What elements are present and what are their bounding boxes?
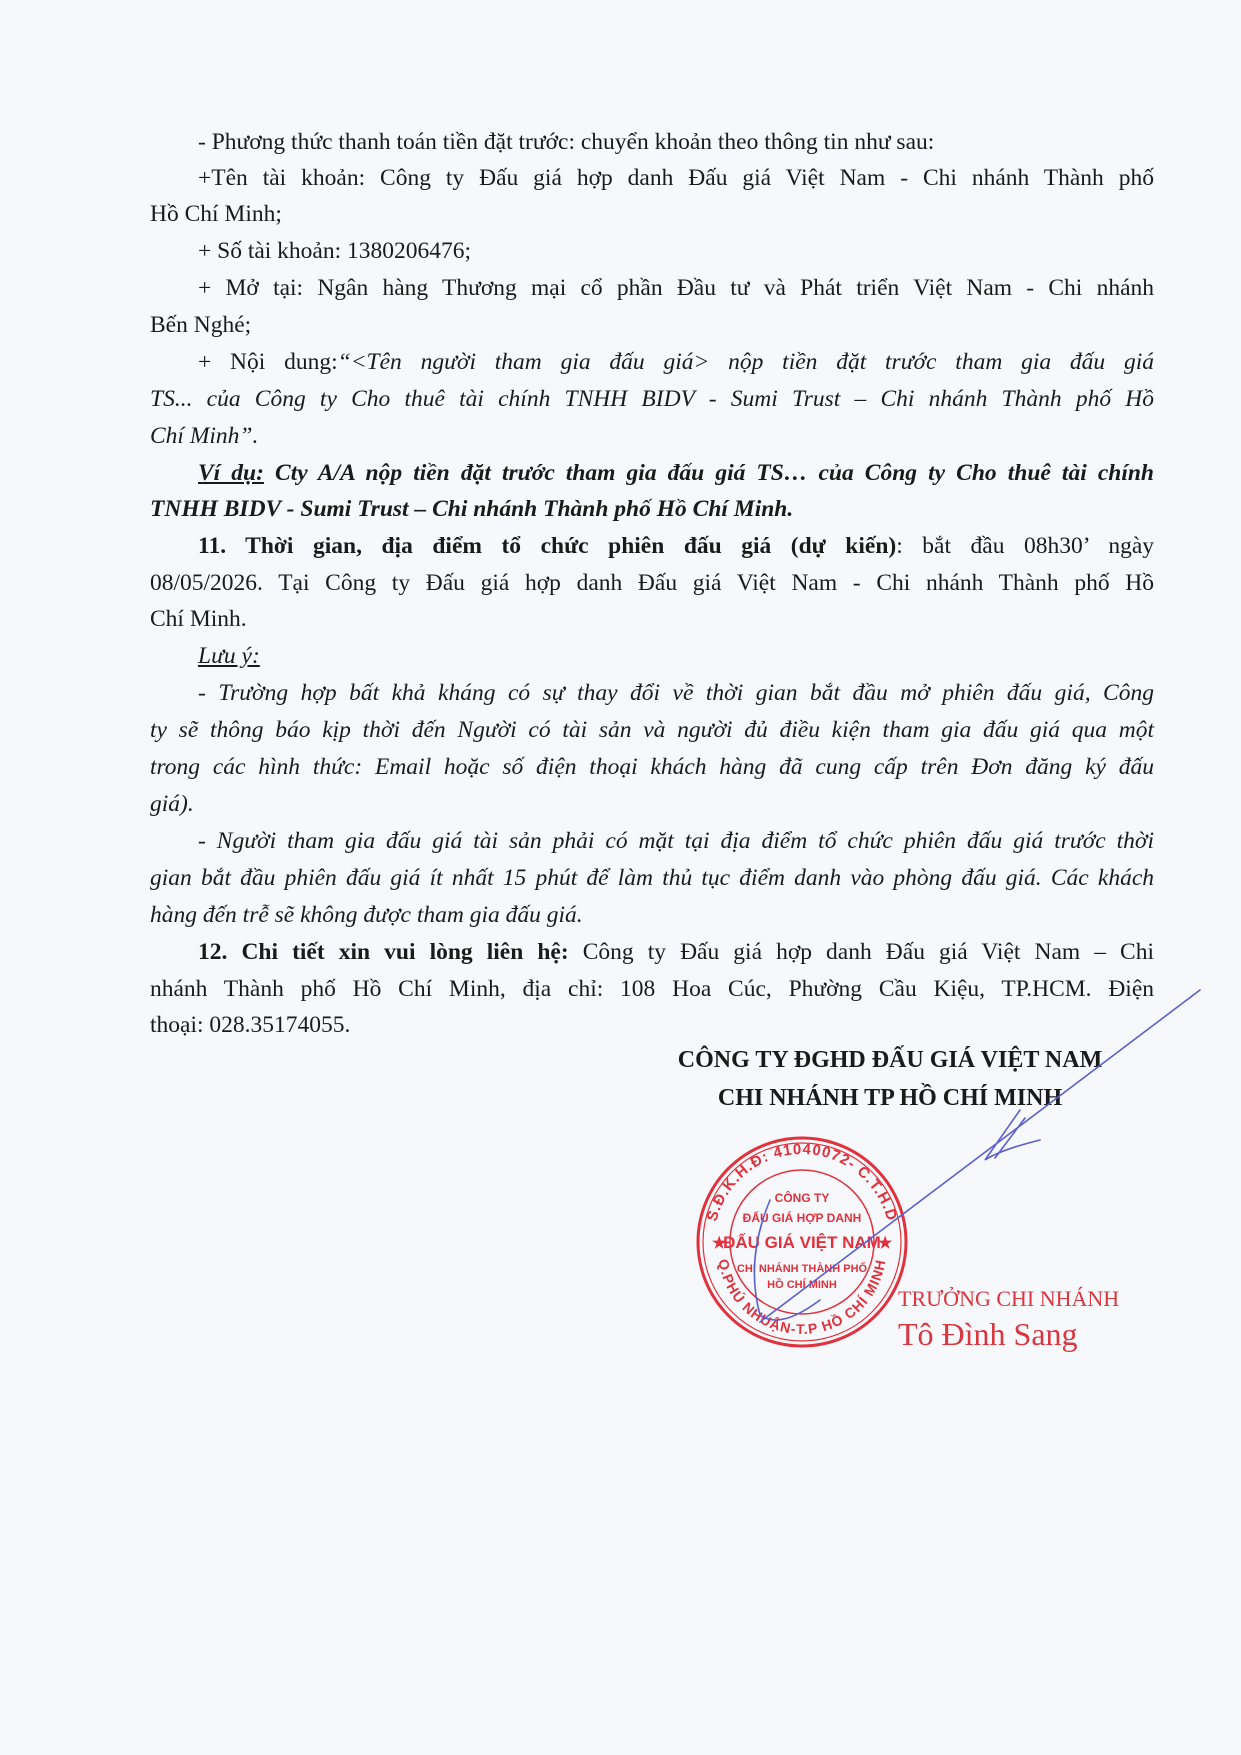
document-page: - Phương thức thanh toán tiền đặt trước:…	[0, 0, 1241, 1755]
signer-name: Tô Đình Sang	[898, 1316, 1078, 1353]
signer-title: TRƯỞNG CHI NHÁNH	[898, 1286, 1119, 1312]
handwritten-signature-icon	[0, 0, 1241, 1755]
